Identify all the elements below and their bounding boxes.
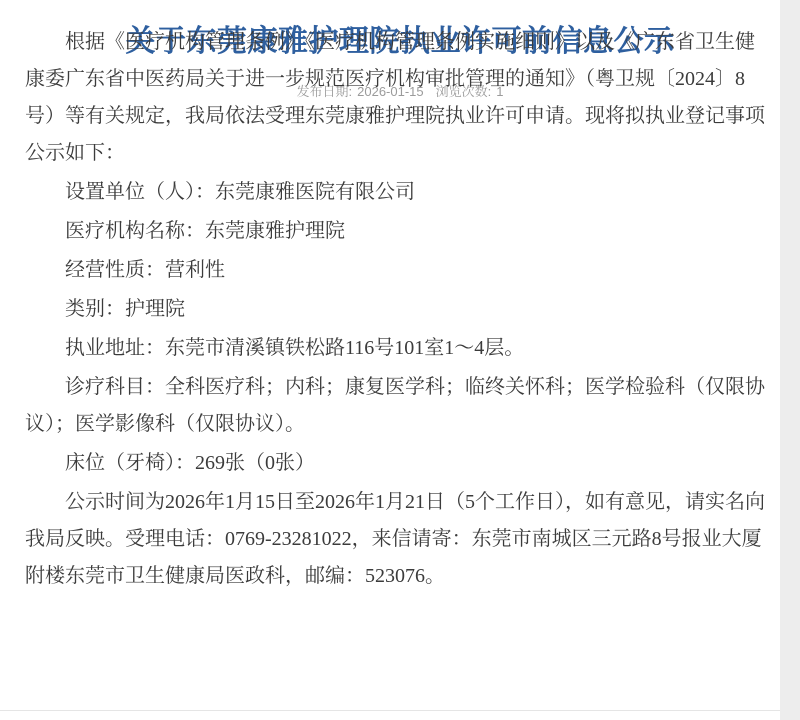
- paragraph-basis: 根据《医疗机构管理条例》《医疗机构管理条例实施细则》以及《广东省卫生健 康委广东…: [25, 24, 760, 172]
- field-setup-unit: 设置单位（人）：东莞康雅医院有限公司: [25, 174, 760, 211]
- scrollbar-track[interactable]: [780, 0, 800, 720]
- article-line: 经营性质：营利性: [25, 252, 760, 289]
- article-line: 公示如下：: [25, 135, 760, 172]
- bottom-divider: [0, 710, 780, 711]
- article-line: 康委广东省中医药局关于进一步规范医疗机构审批管理的通知》（粤卫规〔2024〕8: [25, 61, 760, 98]
- article-line: 床位（牙椅）：269张（0张）: [25, 445, 760, 482]
- field-category: 类别：护理院: [25, 291, 760, 328]
- article-line: 议）；医学影像科（仅限协议）。: [25, 406, 760, 443]
- article-line: 我局反映。受理电话：0769-23281022，来信请寄：东莞市南城区三元路8号…: [25, 521, 760, 558]
- field-operation-nature: 经营性质：营利性: [25, 252, 760, 289]
- announcement-page: 关于东莞康雅护理院执业许可前信息公示 发布日期:2026-01-15浏览次数:1…: [0, 0, 800, 720]
- article-line: 号）等有关规定，我局依法受理东莞康雅护理院执业许可申请。现将拟执业登记事项: [25, 98, 760, 135]
- article-line: 诊疗科目：全科医疗科；内科；康复医学科；临终关怀科；医学检验科（仅限协: [25, 369, 760, 406]
- article-line: 设置单位（人）：东莞康雅医院有限公司: [25, 174, 760, 211]
- article-line: 附楼东莞市卫生健康局医政科，邮编：523076。: [25, 558, 760, 595]
- article-body: 根据《医疗机构管理条例》《医疗机构管理条例实施细则》以及《广东省卫生健 康委广东…: [25, 24, 760, 595]
- article-line: 医疗机构名称：东莞康雅护理院: [25, 213, 760, 250]
- article-line: 公示时间为2026年1月15日至2026年1月21日（5个工作日），如有意见，请…: [25, 484, 760, 521]
- article-line: 类别：护理院: [25, 291, 760, 328]
- field-beds: 床位（牙椅）：269张（0张）: [25, 445, 760, 482]
- paragraph-publicity-period: 公示时间为2026年1月15日至2026年1月21日（5个工作日），如有意见，请…: [25, 484, 760, 595]
- article-line: 执业地址：东莞市清溪镇铁松路116号101室1～4层。: [25, 330, 760, 367]
- field-institution-name: 医疗机构名称：东莞康雅护理院: [25, 213, 760, 250]
- field-practice-address: 执业地址：东莞市清溪镇铁松路116号101室1～4层。: [25, 330, 760, 367]
- article-line: 根据《医疗机构管理条例》《医疗机构管理条例实施细则》以及《广东省卫生健: [25, 24, 760, 61]
- field-diagnosis-subjects: 诊疗科目：全科医疗科；内科；康复医学科；临终关怀科；医学检验科（仅限协 议）；医…: [25, 369, 760, 443]
